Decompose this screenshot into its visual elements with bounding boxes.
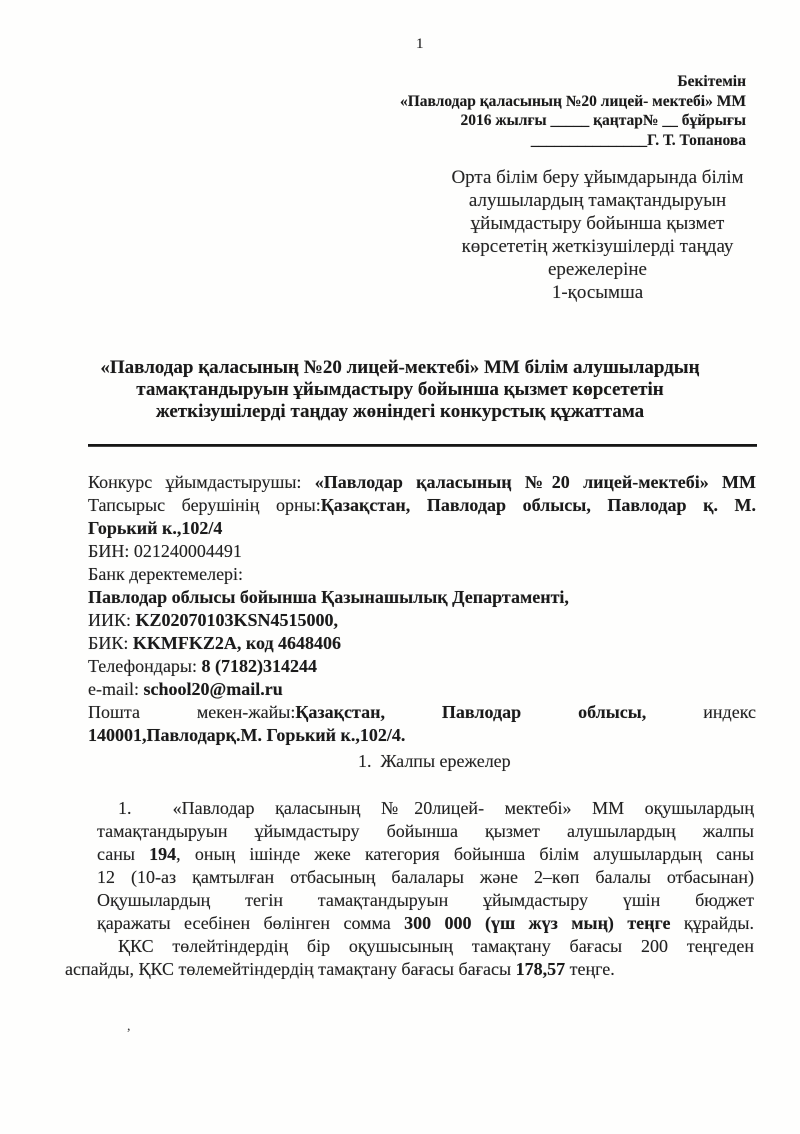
total-students-count: 194: [149, 844, 176, 864]
customer-location-line: Тапсырыс берушінің орны:Қазақстан, Павло…: [88, 494, 756, 517]
postal-value: Қазақстан, Павлодар облысы,: [295, 702, 646, 722]
organizer-value: «Павлодар қаласының №20 лицей-мектебі» М…: [315, 472, 756, 492]
organizer-line: Конкурс ұйымдастырушы: «Павлодар қаласын…: [88, 471, 756, 494]
paragraph-text: құрайды.: [670, 913, 754, 933]
title-line: тамақтандыруын ұйымдастыру бойынша қызме…: [70, 379, 730, 401]
customer-location-value: Қазақстан, Павлодар облысы, Павлодар қ. …: [321, 495, 756, 515]
title-line: «Павлодар қаласының №20 лицей-мектебі» М…: [70, 357, 730, 379]
annex-line: Орта білім беру ұйымдарында білім: [430, 166, 765, 189]
paragraph-line: қаражаты есебінен бөлінген сомма 300 000…: [97, 912, 754, 935]
postal-address-line2: 140001,Павлодарқ.М. Горький к.,102/4.: [88, 724, 756, 747]
annex-line: ережелеріне: [430, 258, 765, 281]
organizer-label: Конкурс ұйымдастырушы:: [88, 472, 315, 492]
paragraph-line: тамақтандыруын ұйымдастыру бойынша қызме…: [97, 820, 754, 843]
page-number: 1: [416, 36, 424, 53]
paragraph-line: аспайды, ҚКС төлемейтіндердің тамақтану …: [65, 958, 754, 981]
approval-line-approved: Бекітемін: [400, 72, 746, 92]
annex-line: алушылардың тамақтандыруын: [430, 189, 765, 212]
bik-line: БИК: KKMFKZ2A, код 4648406: [88, 632, 756, 655]
paragraph-text: қаражаты есебінен бөлінген сомма: [97, 913, 404, 933]
paragraph-line: саны 194, оның ішінде жеке категория бой…: [97, 843, 754, 866]
section-1-heading: 1. Жалпы ережелер: [358, 751, 511, 772]
paragraph-text: аспайды, ҚКС төлемейтіндердің тамақтану …: [65, 959, 516, 979]
horizontal-divider-rule: [88, 444, 757, 447]
approval-block: Бекітемін «Павлодар қаласының №20 лицей-…: [400, 72, 746, 150]
iik-label: ИИК:: [88, 610, 136, 630]
title-line: жеткізушілерді таңдау жөніндегі конкурст…: [70, 401, 730, 423]
organizer-details-block: Конкурс ұйымдастырушы: «Павлодар қаласын…: [88, 471, 756, 747]
email-value: school20@mail.ru: [143, 679, 282, 699]
annex-line: ұйымдастыру бойынша қызмет: [430, 212, 765, 235]
annex-reference-block: Орта білім беру ұйымдарында білім алушыл…: [430, 166, 765, 304]
paragraph-line: 12 (10-аз қамтылған отбасының балалары ж…: [97, 866, 754, 889]
approval-line-organization: «Павлодар қаласының №20 лицей- мектебі» …: [400, 92, 746, 112]
scanned-document-page: 1 Бекітемін «Павлодар қаласының №20 лице…: [0, 0, 800, 1134]
bank-details-label: Банк деректемелері:: [88, 563, 756, 586]
iik-line: ИИК: KZ02070103KSN4515000,: [88, 609, 756, 632]
postal-address-line: Пошта мекен-жайы:Қазақстан, Павлодар обл…: [88, 701, 756, 724]
customer-location-label: Тапсырыс берушінің орны:: [88, 495, 321, 515]
bank-name-line: Павлодар облысы бойынша Қазынашылық Депа…: [88, 586, 756, 609]
approval-line-signature: _______________Г. Т. Топанова: [400, 131, 746, 151]
phone-label: Телефондары:: [88, 656, 202, 676]
bin-line: БИН: 021240004491: [88, 540, 756, 563]
phone-value: 8 (7182)314244: [202, 656, 318, 676]
paragraph-line: Оқушылардың тегін тамақтандыруын ұйымдас…: [97, 889, 754, 912]
postal-label: Пошта мекен-жайы:: [88, 702, 295, 722]
iik-value: KZ02070103KSN4515000,: [136, 610, 339, 630]
paragraph-line: ҚКС төлейтіндердің бір оқушысының тамақт…: [118, 935, 754, 958]
bik-label: БИК:: [88, 633, 133, 653]
paragraph-text: саны: [97, 844, 149, 864]
customer-location-line2: Горький к.,102/4: [88, 517, 756, 540]
email-label: e-mail:: [88, 679, 143, 699]
paragraph-text: , оның ішінде жеке категория бойынша біл…: [176, 844, 754, 864]
paragraph-text: теңге.: [565, 959, 615, 979]
bik-value: KKMFKZ2A, код 4648406: [133, 633, 341, 653]
annex-line: 1-қосымша: [430, 281, 765, 304]
email-line: e-mail: school20@mail.ru: [88, 678, 756, 701]
paragraph-line: 1. «Павлодар қаласының №20лицей- мектебі…: [118, 797, 754, 820]
meal-price-value: 178,57: [516, 959, 566, 979]
general-provisions-paragraphs: 1. «Павлодар қаласының №20лицей- мектебі…: [65, 797, 754, 981]
scan-artifact-mark: ,: [127, 1019, 131, 1035]
annex-line: көрсететің жеткізушілерді таңдау: [430, 235, 765, 258]
document-title: «Павлодар қаласының №20 лицей-мектебі» М…: [70, 357, 730, 423]
postal-index-label: индекс: [646, 702, 756, 722]
budget-sum-value: 300 000 (үш жүз мың) теңге: [404, 913, 670, 933]
phone-line: Телефондары: 8 (7182)314244: [88, 655, 756, 678]
approval-line-order: 2016 жылғы _____ қаңтар№ __ бұйрығы: [400, 111, 746, 131]
